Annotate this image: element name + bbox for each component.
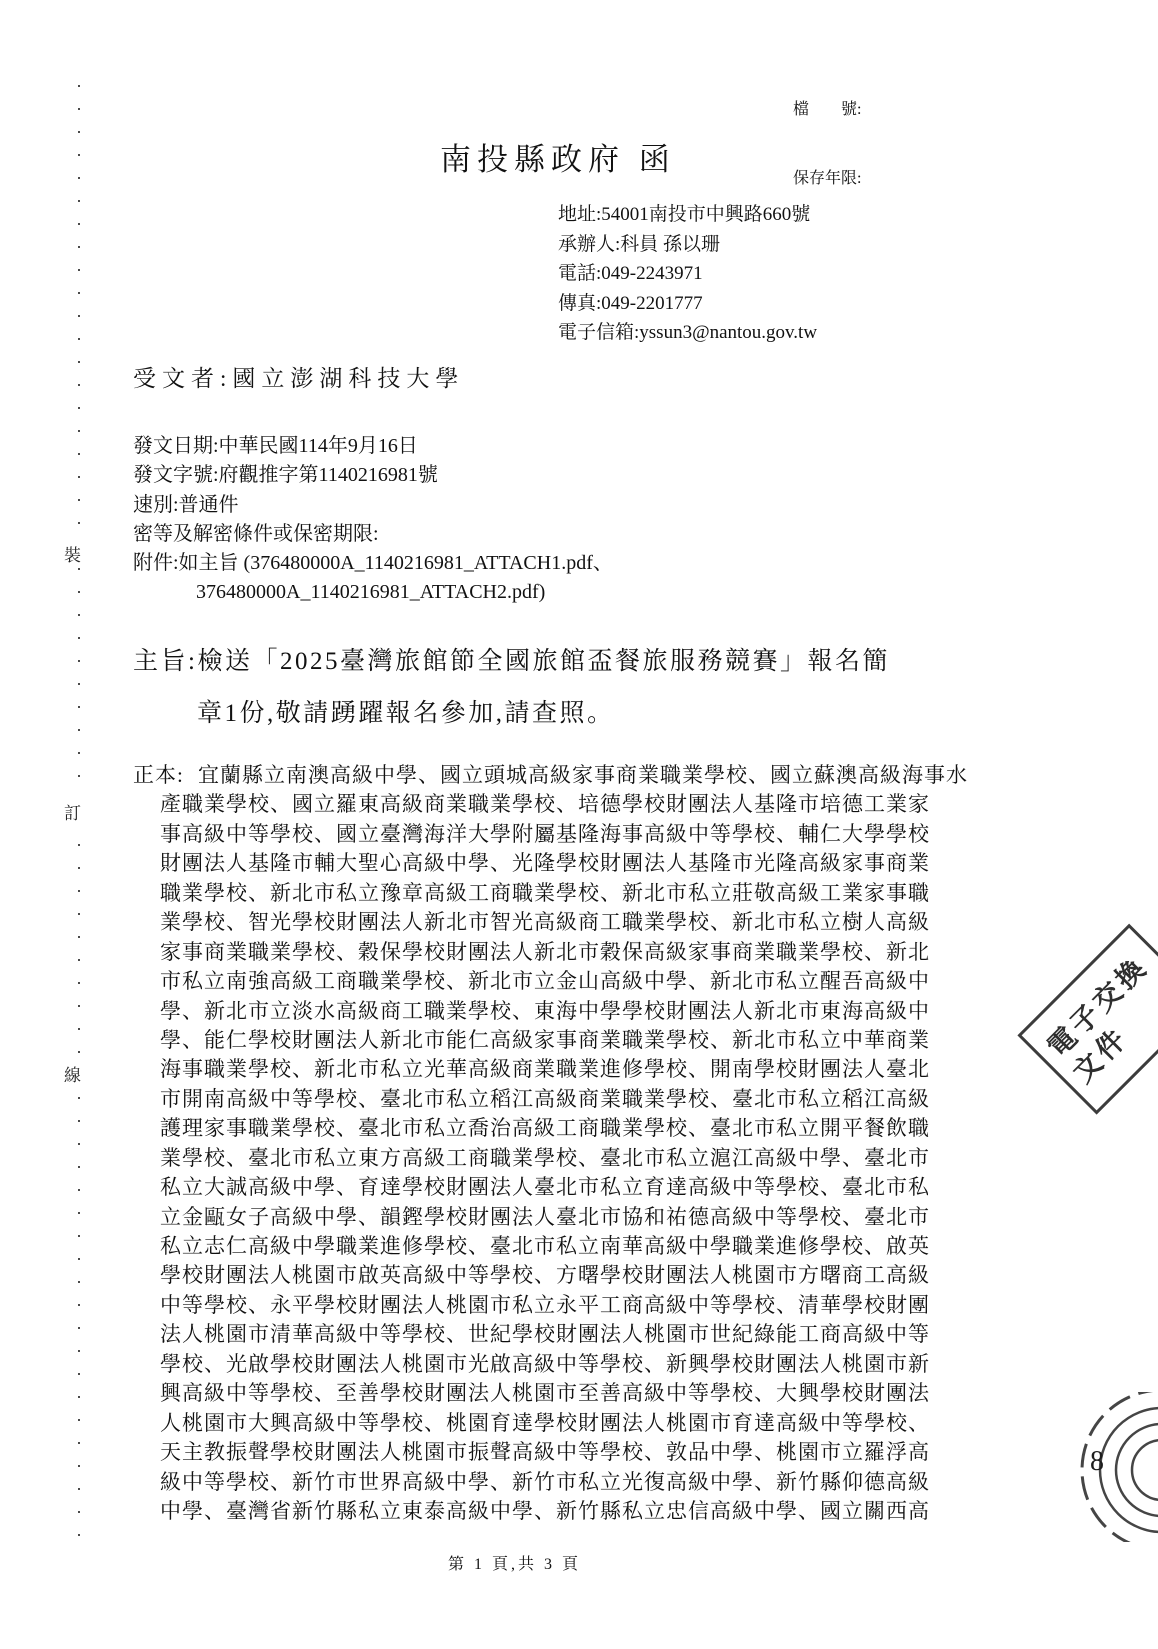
recipient-line-item: 產職業學校、國立羅東高級商業職業學校、培德學校財團法人基隆市培德工業家 (160, 788, 968, 817)
subject-block: 主旨:檢送「2025臺灣旅館節全國旅館盃餐旅服務競賽」報名簡 章1份,敬請踴躍報… (133, 636, 890, 740)
seal-page-number: 8 (1090, 1446, 1104, 1477)
recipient-line-item: 家事商業職業學校、穀保學校財團法人新北市穀保高級家事商業職業學校、新北 (160, 936, 968, 965)
recipient-line: 受文者:國立澎湖科技大學 (133, 360, 464, 393)
binding-mark-ding: 訂 (64, 797, 81, 826)
recipient-line-item: 私立大誠高級中學、育達學校財團法人臺北市私立育達高級中等學校、臺北市私 (160, 1171, 968, 1200)
sender-phone: 電話:049-2243971 (558, 259, 817, 289)
recipient-line-item: 天主教振聲學校財團法人桃園市振聲高級中等學校、敦品中學、桃園市立羅浮高 (160, 1436, 968, 1465)
recipient-line-item: 興高級中等學校、至善學校財團法人桃園市至善高級中等學校、大興學校財團法 (160, 1377, 968, 1406)
file-number-label: 檔 號: (793, 98, 861, 121)
recipient-line-item: 人桃園市大興高級中等學校、桃園育達學校財團法人桃園市育達高級中等學校、 (160, 1407, 968, 1436)
issue-date: 發文日期:中華民國114年9月16日 (133, 432, 613, 461)
recipient-line-item: 立金甌女子高級中學、韻鏗學校財團法人臺北市協和祐德高級中等學校、臺北市 (160, 1201, 968, 1230)
electronic-exchange-stamp: 電子交換 文件 (1017, 924, 1158, 1115)
rosette-seal-icon: 8 (1032, 1392, 1158, 1542)
recipient-line-item: 事高級中等學校、國立臺灣海洋大學附屬基隆海事高級中等學校、輔仁大學學校 (160, 818, 968, 847)
document-number: 發文字號:府觀推字第1140216981號 (133, 461, 613, 490)
subject-line-1: 主旨:檢送「2025臺灣旅館節全國旅館盃餐旅服務競賽」報名簡 (133, 636, 890, 688)
recipient-line-item: 業學校、智光學校財團法人新北市智光高級商工職業學校、新北市私立樹人高級 (160, 906, 968, 935)
binding-mark-zhuang: 裝 (64, 539, 81, 568)
document-meta: 發文日期:中華民國114年9月16日 發文字號:府觀推字第1140216981號… (133, 432, 613, 608)
retention-period-label: 保存年限: (793, 167, 861, 190)
recipient-line-item: 級中等學校、新竹市世界高級中學、新竹市私立光復高級中學、新竹縣仰德高級 (160, 1466, 968, 1495)
page-corner-seal: 8 (1032, 1392, 1158, 1547)
recipient-line-item: 宜蘭縣立南澳高級中學、國立頭城高級家事商業職業學校、國立蘇澳高級海事水 (198, 759, 968, 788)
sender-address: 地址:54001南投市中興路660號 (558, 200, 817, 230)
sender-info: 地址:54001南投市中興路660號 承辦人:科員 孫以珊 電話:049-224… (558, 200, 817, 348)
recipient-line-item: 職業學校、新北市私立豫章高級工商職業學校、新北市私立莊敬高級工業家事職 (160, 877, 968, 906)
sender-contact-person: 承辦人:科員 孫以珊 (558, 230, 817, 260)
recipient-line-item: 中等學校、永平學校財團法人桃園市私立永平工商高級中等學校、清華學校財團 (160, 1289, 968, 1318)
security-class: 密等及解密條件或保密期限: (133, 520, 613, 549)
recipient-line-item: 學校、光啟學校財團法人桃園市光啟高級中等學校、新興學校財團法人桃園市新 (160, 1348, 968, 1377)
recipient-line-item: 中學、臺灣省新竹縣私立東泰高級中學、新竹縣私立忠信高級中學、國立關西高 (160, 1495, 968, 1524)
recipient-line-item: 海事職業學校、新北市私立光華高級商業職業進修學校、開南學校財團法人臺北 (160, 1053, 968, 1082)
recipient-line-item: 學校財團法人桃園市啟英高級中等學校、方曙學校財團法人桃園市方曙商工高級 (160, 1259, 968, 1288)
binding-mark-xian: 線 (64, 1059, 81, 1088)
recipient-line-item: 學、能仁學校財團法人新北市能仁高級家事商業職業學校、新北市私立中華商業 (160, 1024, 968, 1053)
document-title: 南投縣政府 函 (440, 134, 676, 179)
recipient-line-item: 學、新北市立淡水高級商工職業學校、東海中學學校財團法人新北市東海高級中 (160, 995, 968, 1024)
speed-class: 速別:普通件 (133, 491, 613, 520)
recipient-line-item: 業學校、臺北市私立東方高級工商職業學校、臺北市私立滬江高級中學、臺北市 (160, 1142, 968, 1171)
official-letter-page: 檔 號: 保存年限: 南投縣政府 函 地址:54001南投市中興路660號 承辦… (0, 0, 1158, 1649)
recipient-line-item: 市私立南強高級工商職業學校、新北市立金山高級中學、新北市私立醒吾高級中 (160, 965, 968, 994)
recipient-line-item: 私立志仁高級中學職業進修學校、臺北市私立南華高級中學職業進修學校、啟英 (160, 1230, 968, 1259)
attachment-line-1: 附件:如主旨 (376480000A_1140216981_ATTACH1.pd… (133, 549, 613, 578)
subject-line-2: 章1份,敬請踴躍報名參加,請查照。 (133, 688, 890, 740)
recipient-line-item: 市開南高級中等學校、臺北市私立稻江高級商業職業學校、臺北市私立稻江高級 (160, 1083, 968, 1112)
sender-email: 電子信箱:yssun3@nantou.gov.tw (558, 318, 817, 348)
sender-fax: 傳真:049-2201777 (558, 289, 817, 319)
recipient-line-item: 護理家事職業學校、臺北市私立喬治高級工商職業學校、臺北市私立開平餐飲職 (160, 1112, 968, 1141)
recipient-line-item: 財團法人基隆市輔大聖心高級中學、光隆學校財團法人基隆市光隆高級家事商業 (160, 847, 968, 876)
attachment-line-2: 376480000A_1140216981_ATTACH2.pdf) (133, 578, 613, 607)
page-number-footer: 第 1 頁,共 3 頁 (448, 1551, 581, 1574)
recipients-list: 宜蘭縣立南澳高級中學、國立頭城高級家事商業職業學校、國立蘇澳高級海事水產職業學校… (160, 759, 968, 1524)
recipient-line-item: 法人桃園市清華高級中等學校、世紀學校財團法人桃園市世紀綠能工商高級中等 (160, 1318, 968, 1347)
